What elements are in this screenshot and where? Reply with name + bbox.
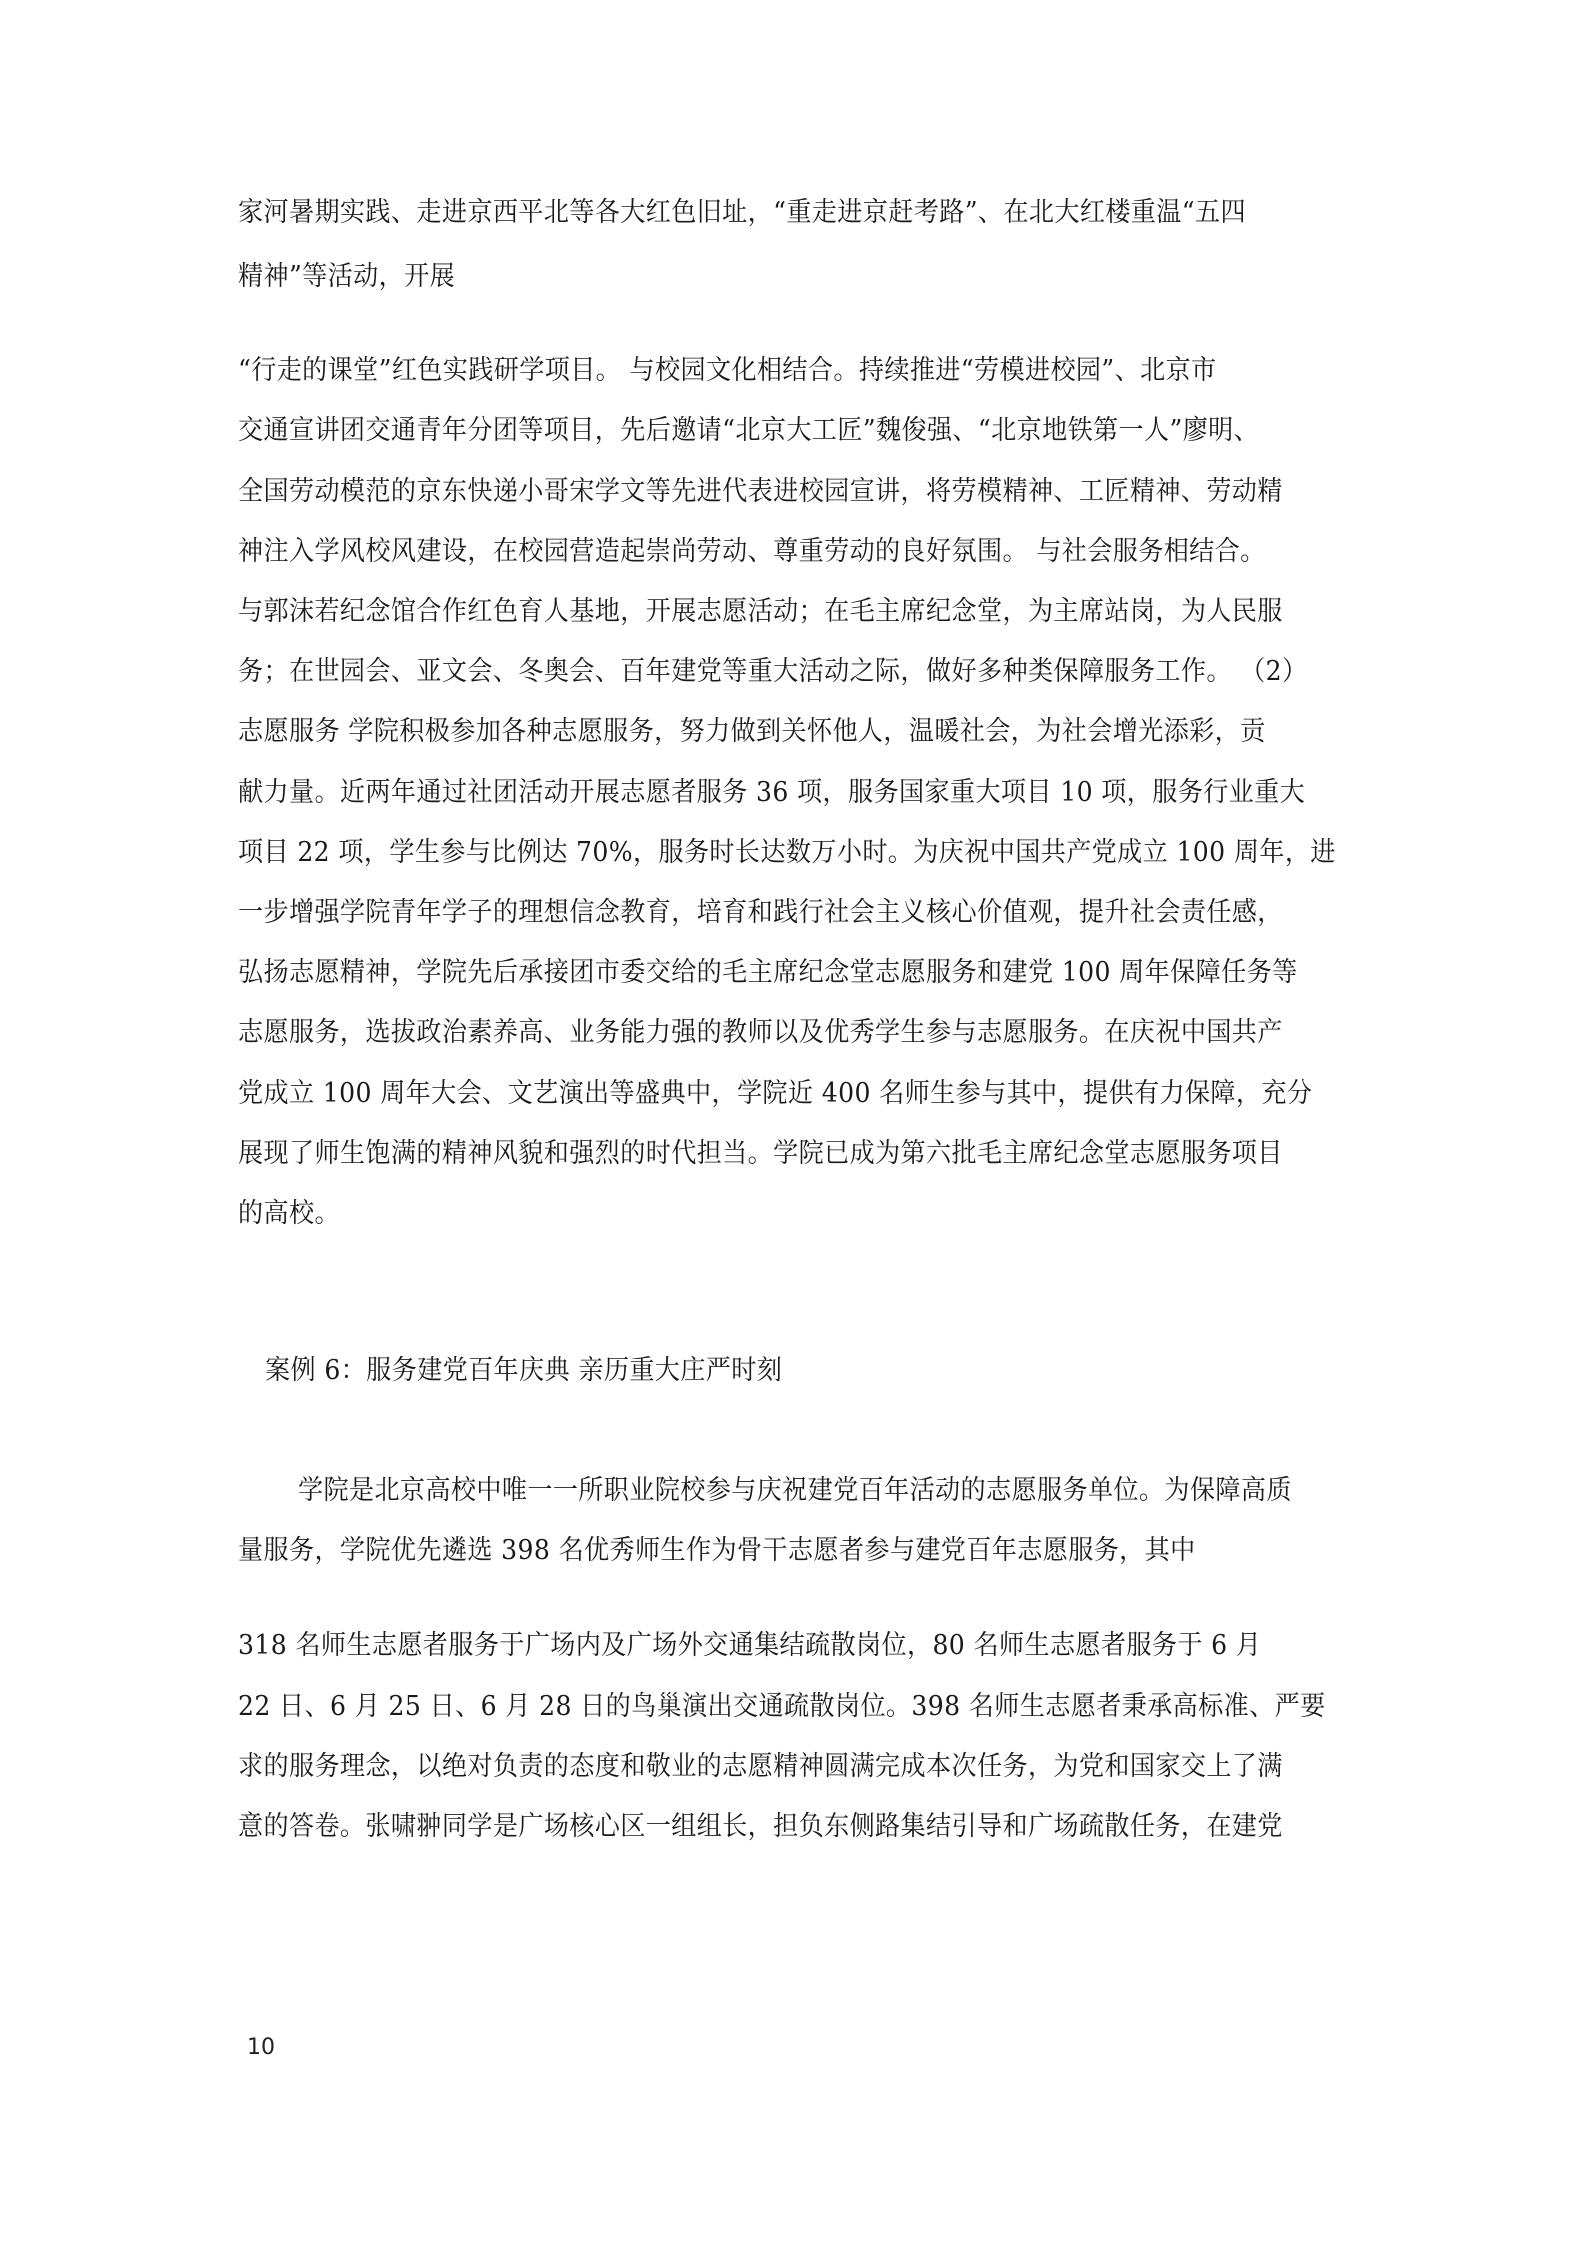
paragraph-line: 量服务，学院优先遴选 398 名优秀师生作为骨干志愿者参与建党百年志愿服务，其中 [238, 1533, 1317, 1569]
paragraph-line: 一步增强学院青年学子的理想信念教育，培育和践行社会主义核心价值观，提升社会责任感… [238, 895, 1317, 931]
paragraph-line: 项目 22 项，学生参与比例达 70%，服务时长达数万小时。为庆祝中国共产党成立… [238, 835, 1317, 871]
paragraph-line: 弘扬志愿精神，学院先后承接团市委交给的毛主席纪念堂志愿服务和建党 100 周年保… [238, 955, 1317, 991]
paragraph-line: 与郭沫若纪念馆合作红色育人基地，开展志愿活动；在毛主席纪念堂，为主席站岗，为人民… [238, 594, 1317, 630]
paragraph-line: 展现了师生饱满的精神风貌和强烈的时代担当。学院已成为第六批毛主席纪念堂志愿服务项… [238, 1136, 1317, 1172]
paragraph-line: 求的服务理念，以绝对负责的态度和敬业的志愿精神圆满完成本次任务，为党和国家交上了… [238, 1749, 1317, 1785]
paragraph-line: 22 日、6 月 25 日、6 月 28 日的鸟巢演出交通疏散岗位。398 名师… [238, 1689, 1317, 1725]
paragraph-line: “行走的课堂”红色实践研学项目。 与校园文化相结合。持续推进“劳模进校园”、北京… [238, 353, 1317, 389]
paragraph-line: 318 名师生志愿者服务于广场内及广场外交通集结疏散岗位，80 名师生志愿者服务… [238, 1628, 1317, 1664]
paragraph-line: 意的答卷。张啸翀同学是广场核心区一组组长，担负东侧路集结引导和广场疏散任务，在建… [238, 1809, 1317, 1845]
paragraph-line: 志愿服务，选拔政治素养高、业务能力强的教师以及优秀学生参与志愿服务。在庆祝中国共… [238, 1015, 1317, 1051]
paragraph-line: 党成立 100 周年大会、文艺演出等盛典中，学院近 400 名师生参与其中，提供… [238, 1076, 1317, 1112]
paragraph-line: 精神”等活动，开展 [238, 259, 1317, 295]
paragraph-line: 务；在世园会、亚文会、冬奥会、百年建党等重大活动之际，做好多种类保障服务工作。 … [238, 654, 1317, 690]
paragraph-line: 神注入学风校风建设，在校园营造起崇尚劳动、尊重劳动的良好氛围。 与社会服务相结合… [238, 534, 1317, 570]
paragraph-line: 献力量。近两年通过社团活动开展志愿者服务 36 项，服务国家重大项目 10 项，… [238, 775, 1317, 811]
page-number: 10 [247, 2035, 275, 2060]
paragraph-line: 交通宣讲团交通青年分团等项目，先后邀请“北京大工匠”魏俊强、“北京地铁第一人”廖… [238, 413, 1317, 449]
paragraph-line: 全国劳动模范的京东快递小哥宋学文等先进代表进校园宣讲，将劳模精神、工匠精神、劳动… [238, 474, 1317, 510]
paragraph-line: 家河暑期实践、走进京西平北等各大红色旧址，“重走进京赶考路”、在北大红楼重温“五… [238, 195, 1317, 231]
paragraph-line: 学院是北京高校中唯一一所职业院校参与庆祝建党百年活动的志愿服务单位。为保障高质 [298, 1473, 1377, 1509]
paragraph-line: 的高校。 [238, 1196, 1317, 1232]
paragraph-line: 志愿服务 学院积极参加各种志愿服务，努力做到关怀他人，温暖社会，为社会增光添彩，… [238, 714, 1317, 750]
case-heading: 案例 6：服务建党百年庆典 亲历重大庄严时刻 [265, 1353, 1344, 1389]
document-page: 家河暑期实践、走进京西平北等各大红色旧址，“重走进京赶考路”、在北大红楼重温“五… [0, 0, 1587, 2245]
